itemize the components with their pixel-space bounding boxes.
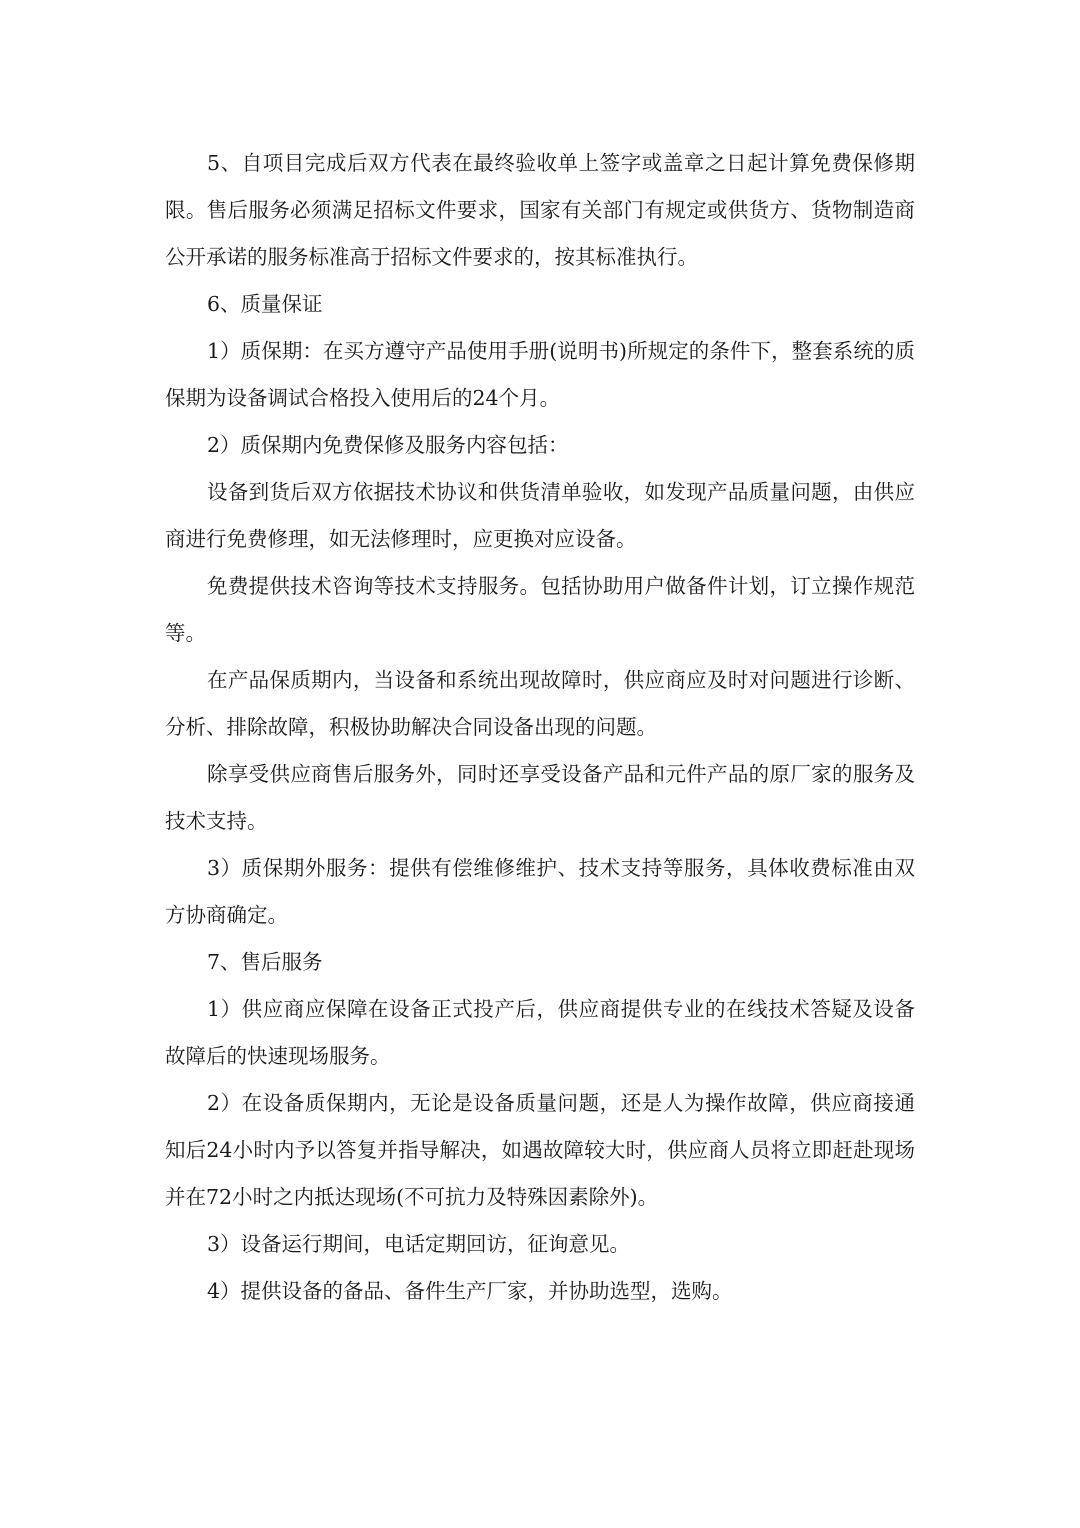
paragraph-free-service-scope: 2）质保期内免费保修及服务内容包括： xyxy=(165,422,915,469)
paragraph-post-warranty-service: 3）质保期外服务：提供有偿维修维护、技术支持等服务，具体收费标准由双方协商确定。 xyxy=(165,845,915,939)
paragraph-warranty-period-start: 5、自项目完成后双方代表在最终验收单上签字或盖章之日起计算免费保修期限。售后服务… xyxy=(165,140,915,281)
paragraph-technical-consulting: 免费提供技术咨询等技术支持服务。包括协助用户做备件计划，订立操作规范等。 xyxy=(165,563,915,657)
paragraph-follow-up-calls: 3）设备运行期间，电话定期回访，征询意见。 xyxy=(165,1221,915,1268)
document-page: 5、自项目完成后双方代表在最终验收单上签字或盖章之日起计算免费保修期限。售后服务… xyxy=(165,140,915,1315)
paragraph-response-time: 2）在设备质保期内，无论是设备质量问题，还是人为操作故障，供应商接通知后24小时… xyxy=(165,1080,915,1221)
paragraph-warranty-term: 1）质保期：在买方遵守产品使用手册(说明书)所规定的条件下，整套系统的质保期为设… xyxy=(165,328,915,422)
heading-after-sales-service: 7、售后服务 xyxy=(165,939,915,986)
paragraph-fault-diagnosis: 在产品保质期内，当设备和系统出现故障时，供应商应及时对问题进行诊断、分析、排除故… xyxy=(165,657,915,751)
heading-quality-assurance: 6、质量保证 xyxy=(165,281,915,328)
paragraph-acceptance-repair: 设备到货后双方依据技术协议和供货清单验收，如发现产品质量问题，由供应商进行免费修… xyxy=(165,469,915,563)
paragraph-manufacturer-support: 除享受供应商售后服务外，同时还享受设备产品和元件产品的原厂家的服务及技术支持。 xyxy=(165,751,915,845)
paragraph-spare-parts: 4）提供设备的备品、备件生产厂家，并协助选型，选购。 xyxy=(165,1268,915,1315)
paragraph-online-support: 1）供应商应保障在设备正式投产后，供应商提供专业的在线技术答疑及设备故障后的快速… xyxy=(165,986,915,1080)
